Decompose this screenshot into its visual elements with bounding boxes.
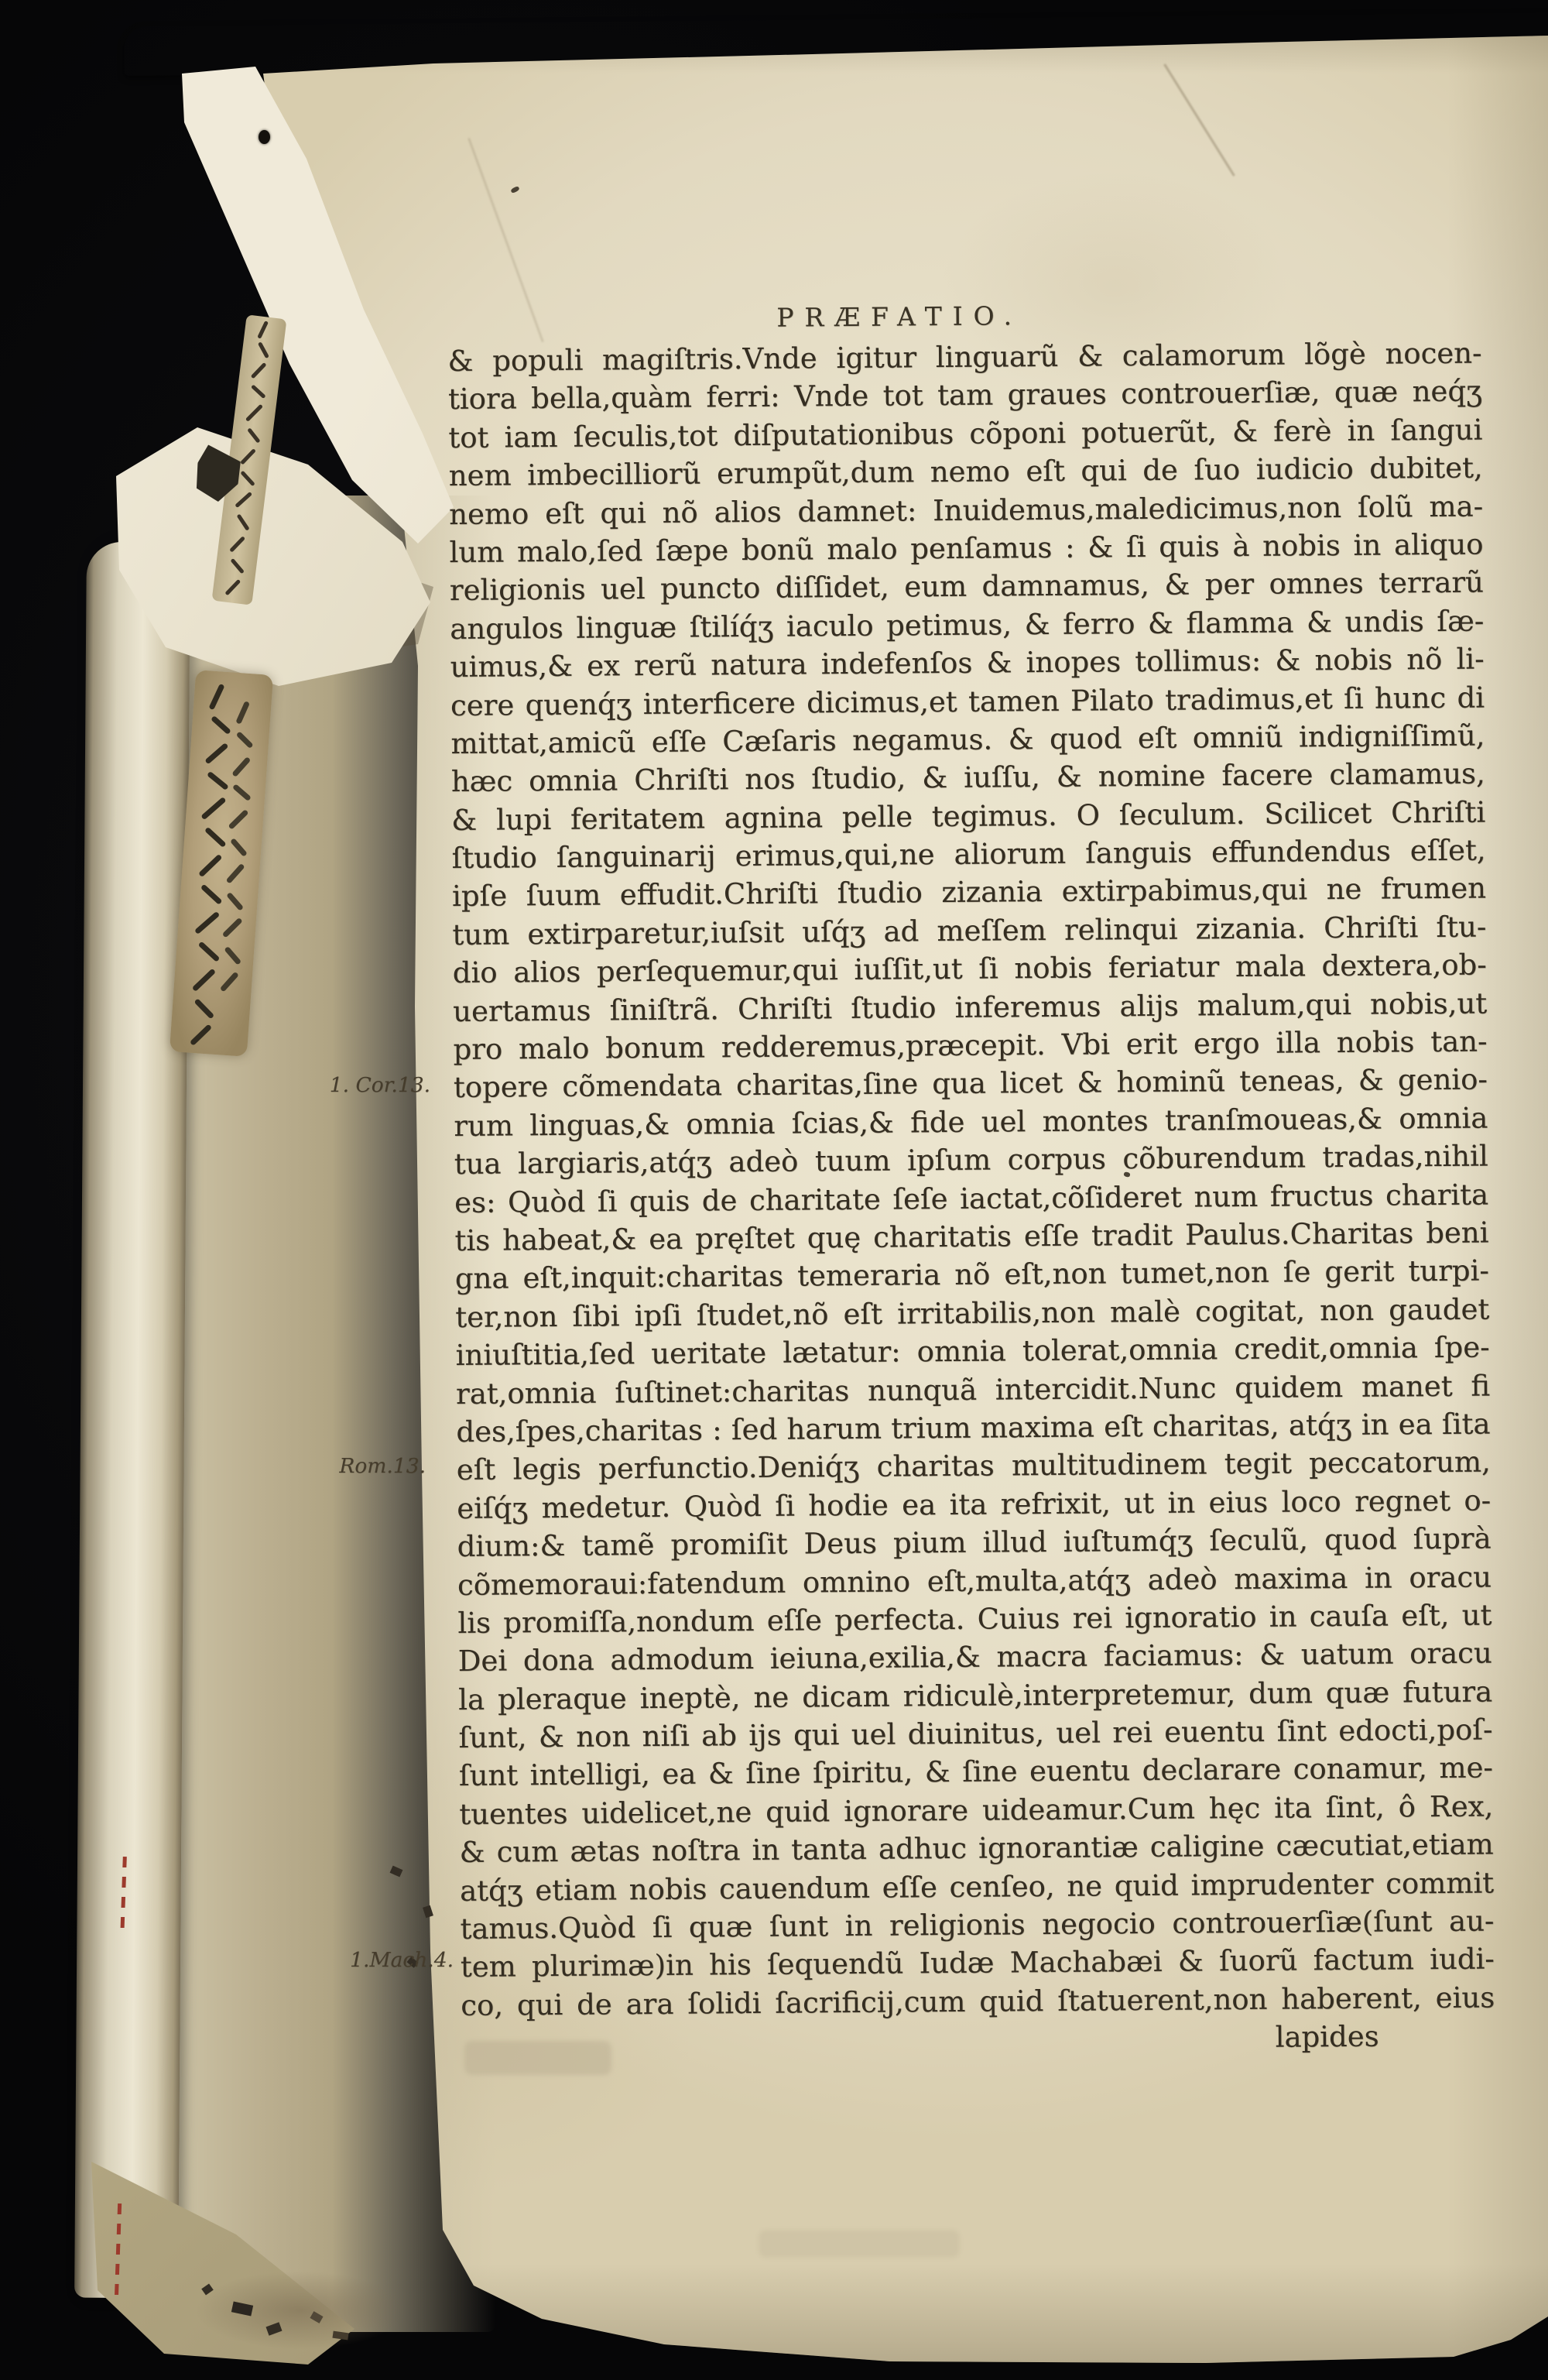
debris-patch (184, 2267, 416, 2354)
wormhole (259, 130, 270, 144)
book-photograph: PRÆFATIO. & populi magiſtris.Vnde igitur… (0, 0, 1548, 2380)
verso-showthrough (759, 2230, 960, 2258)
margin-note-1-cor-13: 1. Cor.13. (260, 1073, 430, 1097)
margin-note-rom-13: Rom.13. (255, 1454, 426, 1478)
catchword: lapides (461, 2017, 1495, 2063)
text-block: PRÆFATIO. & populi magiſtris.Vnde igitur… (447, 296, 1495, 2063)
page-heading: PRÆFATIO. (382, 296, 1416, 338)
body-text: & populi magiſtris.Vnde igitur linguarũ … (447, 334, 1495, 2025)
margin-note-1-mach-4: 1.Mach.4. (283, 1948, 454, 1972)
vellum-spine-strip (74, 542, 190, 2299)
